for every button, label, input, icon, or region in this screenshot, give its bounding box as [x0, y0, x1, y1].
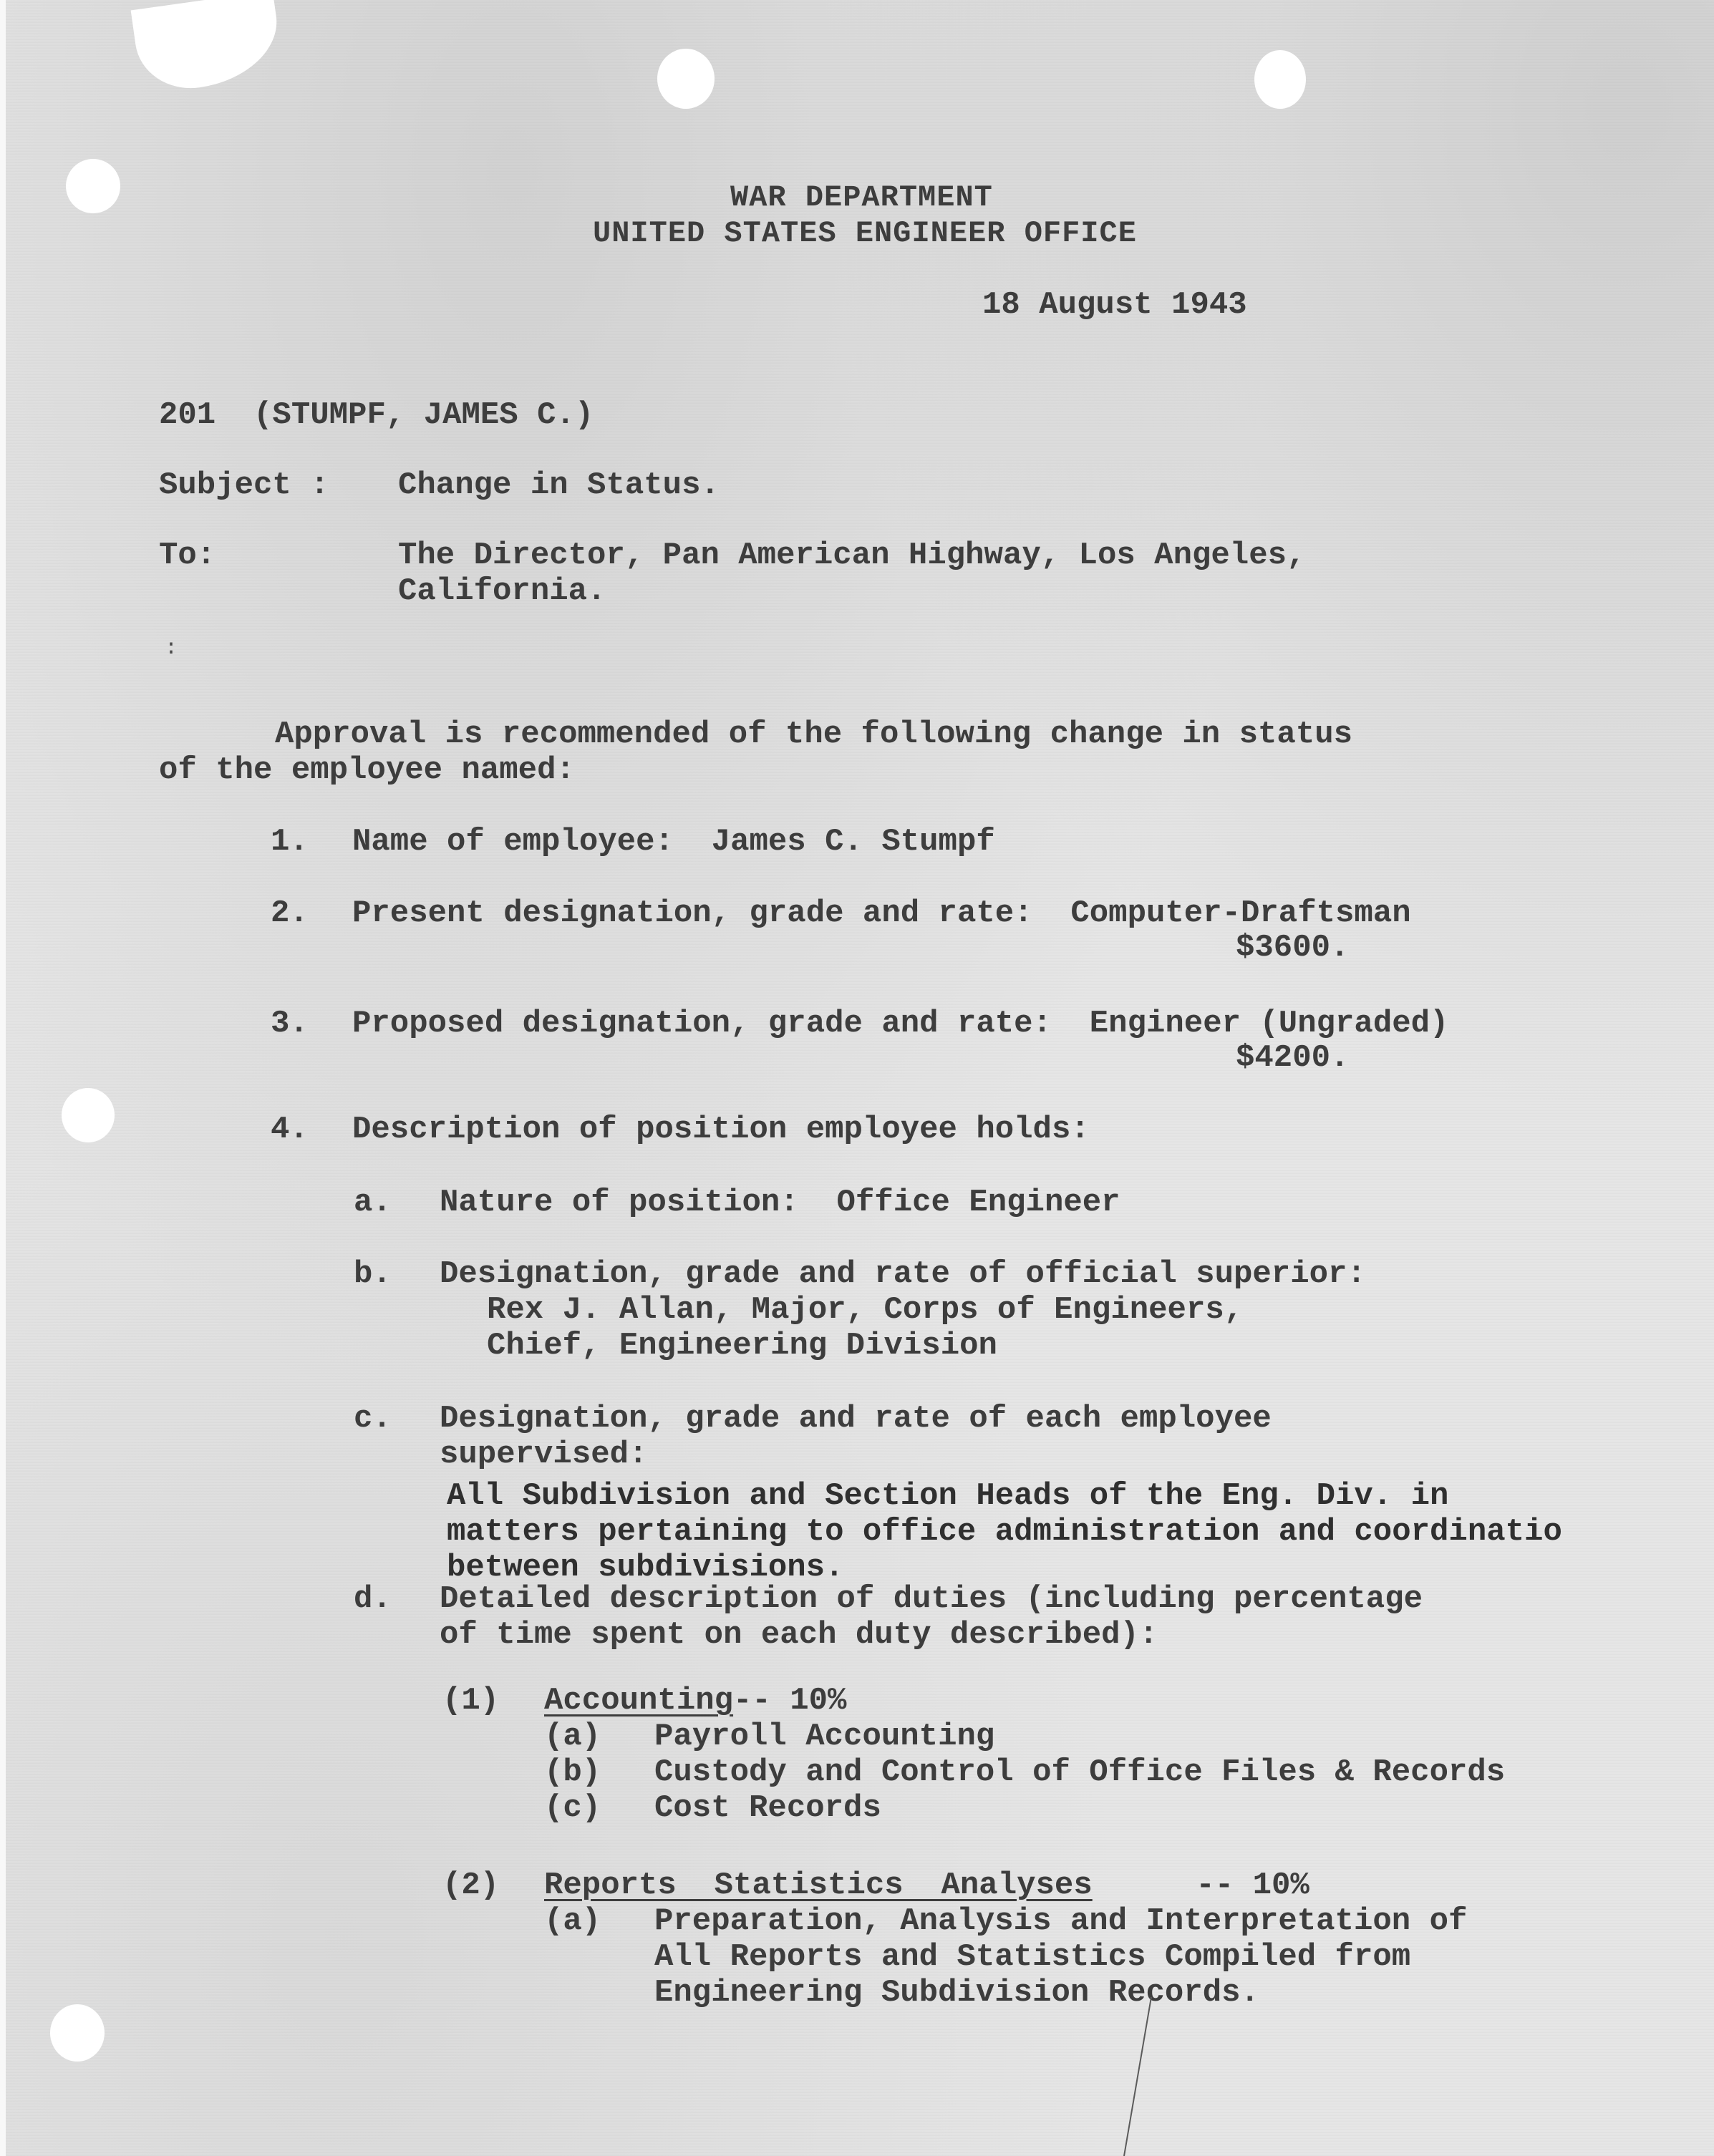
intro-line1: Approval is recommended of the following… — [275, 716, 1352, 753]
task-text: Preparation, Analysis and Interpretation… — [654, 1903, 1467, 1940]
subitem-label: c. — [354, 1400, 392, 1437]
to-label: To: — [159, 537, 216, 574]
subitem-line: Designation, grade and rate of each empl… — [440, 1400, 1272, 1437]
task-text: All Reports and Statistics Compiled from — [654, 1938, 1410, 1976]
punch-hole — [1254, 50, 1306, 109]
item-text: Name of employee: James C. Stumpf — [352, 823, 995, 860]
subitem-text: Nature of position: Office Engineer — [440, 1184, 1120, 1221]
subitem-line: All Subdivision and Section Heads of the… — [447, 1477, 1448, 1515]
item-text: Proposed designation, grade and rate: En… — [352, 1005, 1448, 1042]
subitem-line: of time spent on each duty described): — [440, 1616, 1158, 1654]
to-address-line1: The Director, Pan American Highway, Los … — [398, 537, 1305, 574]
duty-title: Reports Statistics Analyses — [544, 1867, 1093, 1904]
task-label: (c) — [544, 1790, 601, 1827]
subitem-line: Chief, Engineering Division — [487, 1327, 997, 1364]
subitem-line: Detailed description of duties (includin… — [440, 1580, 1423, 1618]
duty-number: (1) — [442, 1682, 499, 1719]
task-text: Custody and Control of Office Files & Re… — [654, 1754, 1505, 1791]
page-edge — [0, 0, 6, 2156]
subitem-line: Rex J. Allan, Major, Corps of Engineers, — [487, 1291, 1243, 1329]
item-number: 4. — [271, 1111, 309, 1148]
item-rate: $4200. — [1236, 1039, 1349, 1077]
subitem-label: d. — [354, 1580, 392, 1618]
letterhead-department: WAR DEPARTMENT — [730, 179, 993, 216]
letterhead-office: UNITED STATES ENGINEER OFFICE — [593, 215, 1137, 252]
document-date: 18 August 1943 — [982, 286, 1247, 324]
intro-line2: of the employee named: — [159, 752, 575, 789]
subitem-line: matters pertaining to office administrat… — [447, 1513, 1562, 1550]
task-label: (b) — [544, 1754, 601, 1791]
torn-corner — [131, 0, 285, 95]
subitem-label: a. — [354, 1184, 392, 1221]
duty-percent: -- 10% — [1177, 1867, 1309, 1904]
duty-number: (2) — [442, 1867, 499, 1904]
subitem-line: supervised: — [440, 1436, 647, 1473]
task-text: Engineering Subdivision Records. — [654, 1974, 1259, 2011]
item-number: 3. — [271, 1005, 309, 1042]
document-page: WAR DEPARTMENT UNITED STATES ENGINEER OF… — [0, 0, 1714, 2156]
punch-hole — [62, 1088, 115, 1142]
subject-value: Change in Status. — [398, 467, 720, 504]
item-rate: $3600. — [1236, 929, 1349, 966]
task-label: (a) — [544, 1718, 601, 1755]
task-text: Cost Records — [654, 1790, 881, 1827]
item-number: 1. — [271, 823, 309, 860]
item-text: Present designation, grade and rate: Com… — [352, 895, 1411, 932]
task-text: Payroll Accounting — [654, 1718, 994, 1755]
item-number: 2. — [271, 895, 309, 932]
punch-hole — [66, 159, 120, 213]
duty-title: Accounting — [544, 1682, 733, 1719]
subitem-label: b. — [354, 1256, 392, 1293]
punch-hole — [657, 49, 715, 109]
duty-percent: -- 10% — [733, 1682, 846, 1719]
stray-mark: : — [165, 630, 178, 667]
punch-hole — [50, 2004, 105, 2062]
item-text: Description of position employee holds: — [352, 1111, 1090, 1148]
to-address-line2: California. — [398, 573, 606, 610]
task-label: (a) — [544, 1903, 601, 1940]
file-reference: 201 (STUMPF, JAMES C.) — [159, 397, 594, 434]
pen-stroke-mark — [1117, 1997, 1160, 2156]
subject-label: Subject : — [159, 467, 329, 504]
subitem-line: Designation, grade and rate of official … — [440, 1256, 1366, 1293]
